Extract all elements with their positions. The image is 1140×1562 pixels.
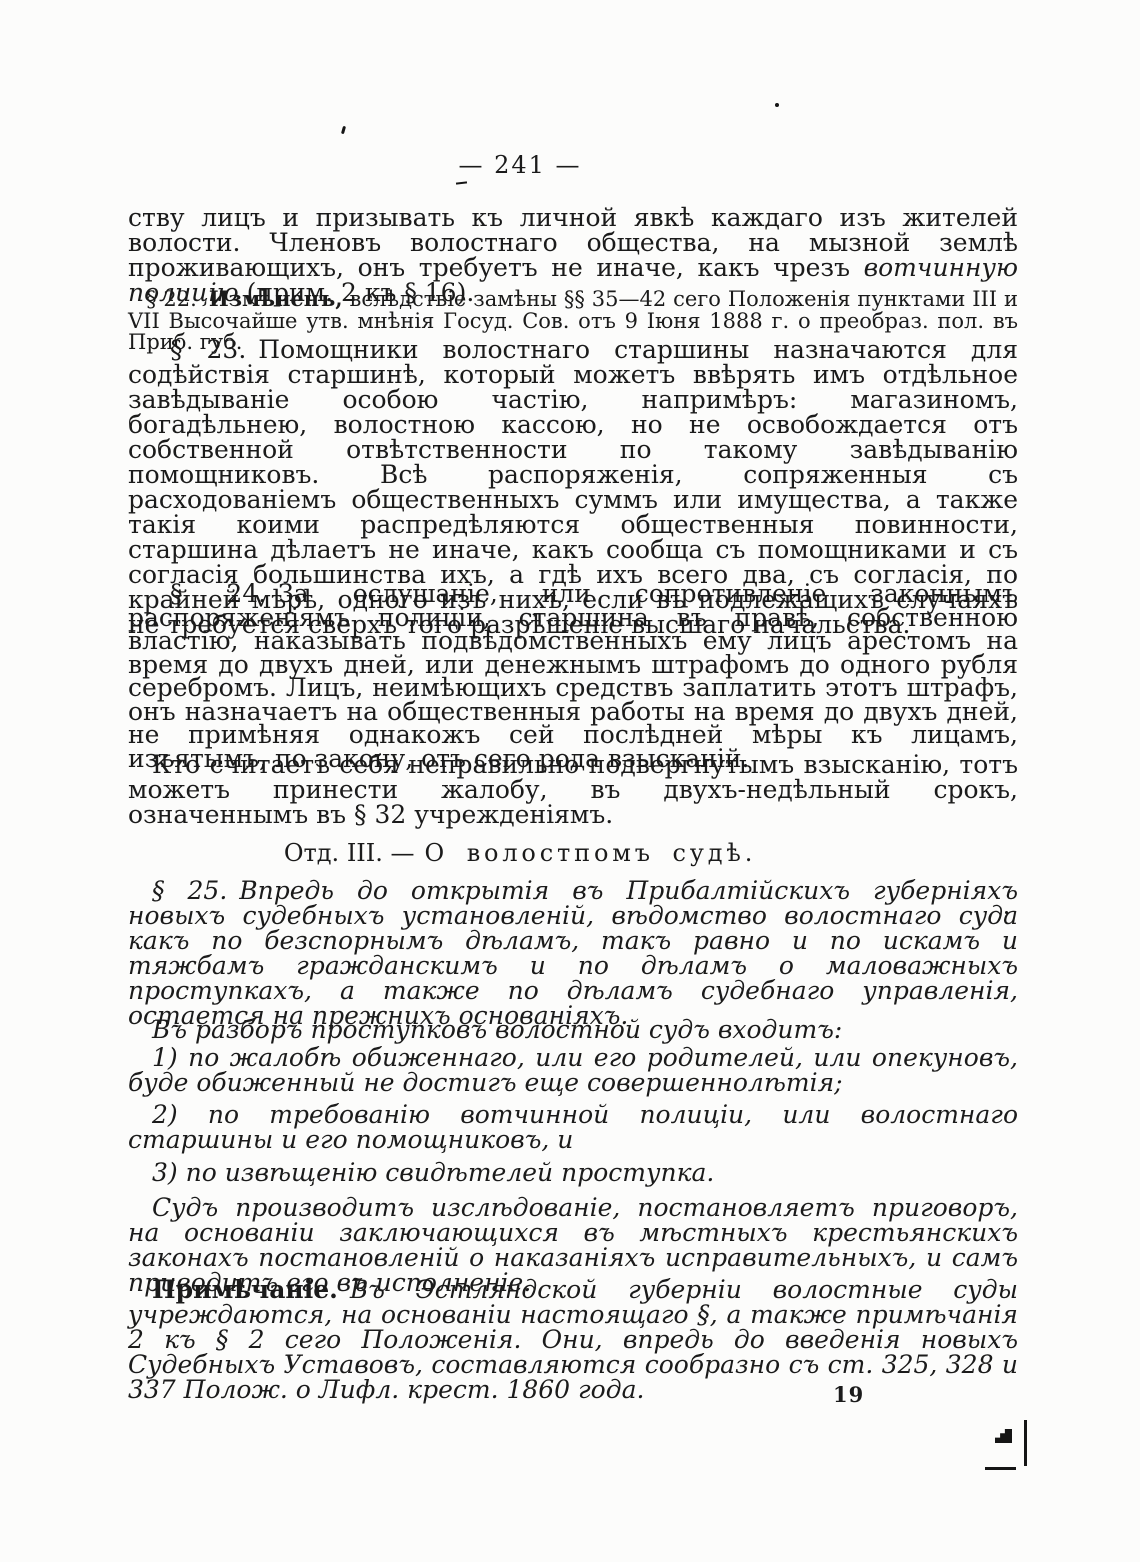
section-number: § 22. [146,287,197,311]
paragraph-text: Впредь до открытія въ Прибалтійскихъ губ… [128,876,1018,1030]
section-heading-title: О волостпомъ судѣ. [425,839,757,867]
complaint-paragraph: Кто считаетъ себя неправильно подвергнут… [128,752,1018,827]
intro-line: Въ разборъ проступковъ волостной судъ вх… [128,1017,1018,1042]
section-24: § 24.За ослушаніе, или сопротивленіе зак… [128,582,1018,770]
section-heading: Отд. III. —О волостпомъ судѣ. [78,840,962,866]
list-item-3: 3) по извѣщенію свидѣтелей проступка. [128,1160,1018,1185]
scanned-book-page: — 241 — ству лицъ и призывать къ личной … [0,0,1140,1562]
ink-speck [456,181,467,184]
page-number: — 241 — [78,152,962,178]
list-item-1: 1) по жалобѣ обиженнаго, или его родител… [128,1045,1018,1095]
ink-speck [1005,911,1008,914]
signature-number: 19 [833,1382,864,1407]
bold-word: Измѣненъ, [209,286,343,311]
ink-speck [775,103,779,107]
scan-line-vertical [1024,1420,1027,1466]
section-25: § 25.Впредь до открытія въ Прибалтійских… [128,878,1018,1028]
list-item-2: 2) по требованію вотчинной полиціи, или … [128,1102,1018,1152]
scan-line-horizontal [985,1467,1016,1470]
paragraph-text: За ослушаніе, или сопротивленіе законным… [128,579,1018,773]
ink-blot [995,1429,1012,1443]
ink-speck [341,126,346,135]
note-paragraph: Примѣчаніе.Въ Эстляндской губерніи волос… [128,1277,1018,1402]
section-heading-prefix: Отд. III. — [284,839,415,867]
